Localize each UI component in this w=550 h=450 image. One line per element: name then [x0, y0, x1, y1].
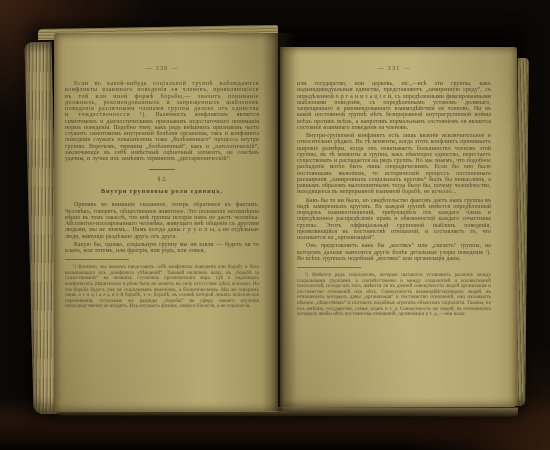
right-paragraph-3: Какъ бы то ни было, но свидѣтельство фак… — [297, 198, 491, 242]
section-mark: § 2. — [65, 176, 259, 183]
right-page: — 331 — или государство, или церковь, et… — [280, 47, 517, 407]
left-paragraph-1-rest-text: Наличность конфликтовъ является симптомо… — [65, 112, 259, 162]
right-paragraph-4: Онъ представляетъ какъ бы „костякъ“ или … — [297, 243, 491, 262]
left-page-number: — 330 — — [65, 65, 259, 72]
left-paragraph-3: Какую бы, однако, соціальную группу мы н… — [65, 242, 259, 255]
right-paragraph-2: Внутри-групповой конфликтъ есть лишь явл… — [297, 133, 491, 196]
section-divider-rule — [149, 169, 175, 170]
section-heading: Внутри групповыя роли единицъ. — [65, 188, 259, 195]
left-page: — 330 — Если въ какой-нибудь соціальной … — [54, 33, 278, 412]
right-footnote: ¹) Имѣется рядъ соціологовъ, которые пыт… — [297, 273, 491, 318]
left-footnote: ¹) Конечно, мы можемъ представить себѣ к… — [65, 265, 259, 310]
left-paragraph-2: Принявъ во вниманіе сказанное, теперь об… — [65, 202, 259, 240]
left-paragraph-1: Если въ какой-нибудь соціальной группѣ н… — [65, 81, 259, 162]
left-page-content: — 330 — Если въ какой-нибудь соціальной … — [65, 65, 259, 315]
right-page-content: — 331 — или государство, или церковь, et… — [297, 65, 491, 323]
right-paragraph-1: или государство, или церковь, etc.,—всѣ … — [297, 81, 491, 131]
right-page-number: — 331 — — [297, 65, 491, 72]
left-footnote-rule — [65, 259, 129, 260]
book-photo: — 330 — Если въ какой-нибудь соціальной … — [0, 0, 550, 450]
right-footnote-rule — [297, 267, 361, 268]
